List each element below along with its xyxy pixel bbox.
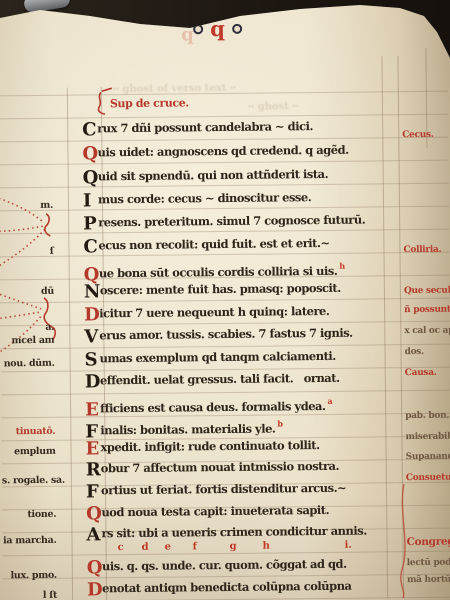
verse-line: Dicitur 7 uere nequeunt h quinq: latere.: [84, 304, 329, 321]
adjacent-column-fragment: ia marcha.: [2, 535, 56, 547]
adjacent-column-fragment: s. rogale. sa.: [2, 475, 56, 487]
verse-line: Ars sit: ubi a ueneris crimen condicitur…: [86, 524, 366, 541]
verse-text: ecus non recolit: quid fuit. est et erit…: [98, 236, 329, 252]
versal-initial: C: [83, 242, 98, 252]
ruling-line: [0, 298, 450, 304]
versal-initial: D: [87, 585, 102, 595]
margin-gloss: mã hortū qd: [407, 574, 450, 585]
margin-gloss: x cal oc apr.: [404, 326, 450, 337]
red-index-letter: e: [165, 542, 171, 553]
verse-text: uid sit spnendū. qui non attñderit ista.: [98, 167, 328, 183]
red-superscript-letter: h: [339, 261, 344, 271]
versal-initial: D: [85, 377, 100, 387]
quire-letter: q: [210, 20, 225, 38]
verse-line: Deffendit. uelat gressus. tali facit. or…: [85, 371, 340, 388]
adjacent-column-fragment: tinuatō.: [1, 426, 55, 438]
verse-line: Imus corde: cecus ~ dinoscitur esse.: [83, 190, 311, 206]
versal-initial: A: [86, 530, 101, 540]
verse-line: Denotat antiqm benedicta colūpna colūpna: [87, 579, 352, 596]
quire-mark-offset-stain: q: [181, 24, 194, 45]
margin-gloss: Que seculari: [404, 285, 450, 296]
verse-text: uis. q. qs. unde. cur. quom. cõggat ad q…: [102, 557, 347, 574]
verse-line: Sumas exemplum qd tanqm calciamenti.: [85, 349, 336, 366]
verse-text: rs sit: ubi a ueneris crimen condicitur …: [101, 524, 366, 541]
bleedthrough-line: ꞏꞏ ghost of verso text ꞏꞏ: [113, 80, 236, 95]
versal-initial: R: [86, 465, 101, 475]
adjacent-column-fragment: m.: [0, 200, 53, 212]
manuscript-photo: q q ꞏꞏ ghost of verso text ꞏꞏ ꞏꞏ ghost ꞏ…: [0, 0, 450, 600]
adjacent-column-fragment: tione.: [2, 509, 56, 521]
versal-initial: F: [85, 427, 100, 437]
margin-gloss: Congregentur: [406, 535, 450, 548]
red-index-letter: i.: [345, 540, 352, 551]
verse-line: Fortius ut feriat. fortis distenditur ar…: [86, 481, 346, 498]
margin-gloss: Cecus.: [402, 130, 433, 140]
red-index-letter: d: [142, 542, 149, 553]
versal-initial: E: [85, 405, 100, 415]
versal-initial: I: [83, 196, 98, 206]
ruling-line: [3, 551, 450, 557]
versal-initial: P: [83, 219, 98, 229]
versal-initial: Q: [82, 149, 97, 159]
versal-initial: D: [84, 310, 99, 320]
verse-line: Crux 7 dñi possunt candelabra ~ dici.: [82, 119, 313, 135]
verse-text: rux 7 dñi possunt candelabra ~ dici.: [97, 119, 313, 135]
verse-text: erus amor. tussis. scabies. 7 fastus 7 i…: [99, 326, 352, 343]
adjacent-column-fragment: mcel am: [0, 335, 54, 347]
margin-gloss: Causa.: [405, 368, 437, 378]
versal-initial: C: [82, 125, 97, 135]
versal-initial: E: [85, 444, 100, 454]
verse-text: fficiens est causa deus. formalis ydea.: [100, 399, 325, 415]
verse-line: Quis. q. qs. unde. cur. quom. cõggat ad …: [87, 557, 347, 574]
margin-gloss: pab. bon. ca sūt: [405, 410, 450, 421]
verse-text: obur 7 affectum nouat intmissio nostra.: [101, 459, 339, 475]
verse-text: effendit. uelat gressus. tali facit. orn…: [100, 371, 340, 388]
adjacent-column-fragment: a.: [0, 322, 54, 334]
adjacent-column-fragment: dū: [0, 286, 54, 298]
verse-line: Quod noua testa capit: inueterata sapit.: [86, 503, 329, 520]
verse-line: Finalis: bonitas. materialis yle.b: [85, 416, 282, 437]
verse-text: xpedit. infigit: rude continuato tollit.: [100, 438, 319, 454]
ruling-line: [3, 597, 450, 600]
verse-text: inalis: bonitas. materialis yle.: [100, 421, 275, 437]
adjacent-column-fragment: l ſt: [3, 590, 57, 600]
red-index-letter: h: [263, 541, 270, 552]
ruling-line: [0, 344, 450, 350]
versal-initial: Q: [84, 270, 99, 280]
verse-line: Noscere: mente fuit has. pmasq: poposcit…: [84, 281, 341, 298]
versal-initial: N: [84, 287, 100, 297]
margin-gloss: ñ possunt: [404, 305, 450, 315]
versal-initial: F: [86, 487, 101, 497]
adjacent-column-fragment: nou. dūm.: [1, 358, 55, 370]
red-superscript-letter: b: [277, 418, 282, 428]
parchment-page: q q ꞏꞏ ghost of verso text ꞏꞏ ꞏꞏ ghost ꞏ…: [0, 0, 450, 600]
verse-text: ortius ut feriat. fortis distenditur arc…: [101, 481, 346, 498]
ruling-line: [0, 321, 450, 327]
versal-initial: Q: [86, 509, 101, 519]
adjacent-column-fragment: ſ: [0, 246, 54, 258]
rubric-heading: Sup de cruce.: [110, 96, 189, 110]
verse-line: Expedit. infigit: rude continuato tollit…: [85, 438, 319, 454]
versal-initial: V: [84, 332, 99, 342]
red-index-letter: f: [193, 541, 197, 552]
ruling-line: [0, 252, 450, 258]
verse-text: ue bona sūt occulis cordis colliria si u…: [99, 264, 338, 280]
red-index-letter: c: [118, 542, 124, 553]
bleedthrough-line: ꞏꞏ ghost ꞏꞏ: [248, 98, 299, 113]
red-index-letter: g: [230, 541, 237, 552]
quire-mark: q: [193, 20, 242, 39]
margin-gloss: Consuetudo.: [406, 472, 450, 483]
verse-line: Efficiens est causa deus. formalis ydea.…: [85, 394, 332, 416]
verse-text: uis uidet: angnoscens qd credend. q agẽd…: [98, 143, 349, 160]
verse-line: Presens. preteritum. simul 7 cognosce fu…: [83, 213, 365, 230]
verse-text: enotat antiqm benedicta colūpna colūpna: [102, 579, 352, 596]
margin-gloss: Colliria.: [403, 245, 441, 255]
verse-line: Que bona sūt occulis cordis colliria si …: [84, 259, 345, 281]
verse-line: Verus amor. tussis. scabies. 7 fastus 7 …: [84, 326, 352, 343]
adjacent-column-fragment: emplum: [2, 446, 56, 458]
verse-text: uod noua testa capit: inueterata sapit.: [101, 503, 329, 519]
verse-text: icitur 7 uere nequeunt h quinq: latere.: [99, 304, 329, 320]
versal-initial: Q: [83, 173, 98, 183]
page-content: q q ꞏꞏ ghost of verso text ꞏꞏ ꞏꞏ ghost ꞏ…: [0, 0, 450, 600]
verse-line: Robur 7 affectum nouat intmissio nostra.: [86, 459, 339, 476]
punct-dot-right: [232, 24, 242, 34]
verse-line: Quis uidet: angnoscens qd credend. q agẽ…: [82, 143, 348, 160]
verse-text: mus corde: cecus ~ dinoscitur esse.: [98, 190, 311, 206]
versal-initial: S: [85, 355, 100, 365]
verse-text: oscere: mente fuit has. pmasq: poposcit.: [100, 281, 341, 298]
verse-line: Quid sit spnendū. qui non attñderit ista…: [83, 167, 329, 184]
margin-gloss: dos.: [405, 347, 424, 357]
punct-dot-left: [193, 24, 203, 34]
verse-line: Cecus non recolit: quid fuit. est et eri…: [83, 236, 329, 253]
versal-initial: Q: [87, 563, 102, 573]
ruling-line: [3, 574, 450, 580]
verse-text: resens. preteritum. simul 7 cognosce fut…: [98, 213, 365, 230]
red-superscript-letter: a: [327, 396, 332, 406]
margin-gloss: miserabilia.: [405, 432, 450, 443]
margin-gloss: Supananda.: [406, 452, 450, 463]
margin-gloss: lectū podob: [407, 558, 450, 569]
verse-text: umas exemplum qd tanqm calciamenti.: [100, 349, 336, 365]
adjacent-column-fragment: lux. pmo.: [3, 570, 57, 582]
